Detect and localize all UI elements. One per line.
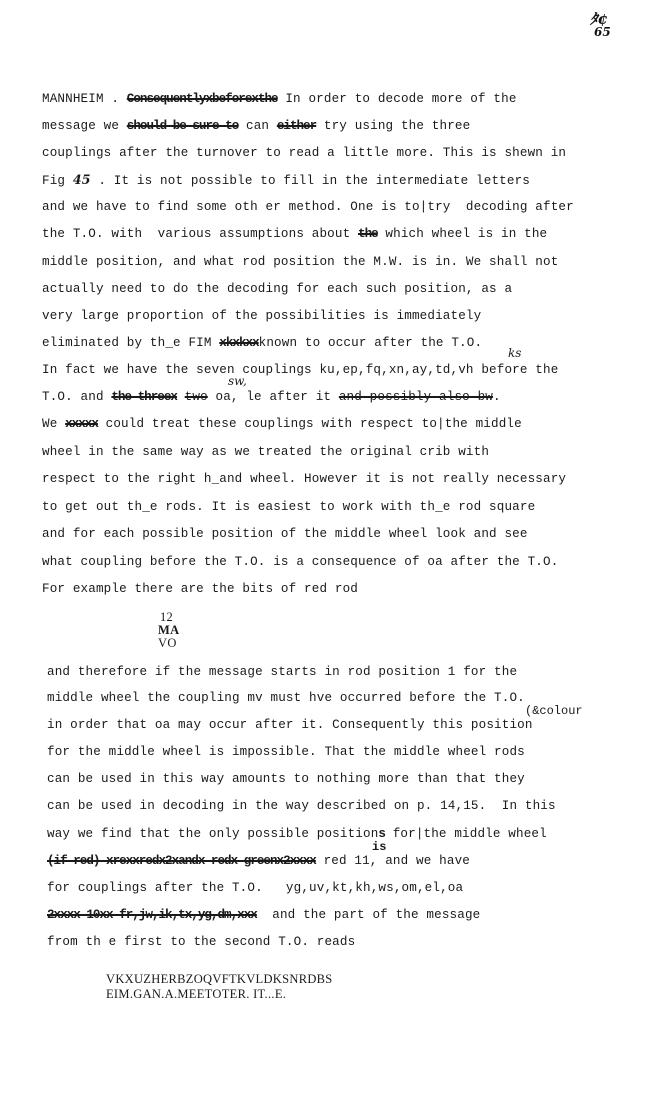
text-line: respect to the right h_and wheel. Howeve…: [42, 471, 566, 487]
rod-bit-row: VO: [158, 637, 177, 650]
text-line: can be used in this way amounts to nothi…: [47, 771, 525, 787]
text-line: In fact we have the seven couplings ku,e…: [42, 362, 558, 378]
text-line: We xxxxx could treat these couplings wit…: [42, 416, 522, 432]
text-line: very large proportion of the possibiliti…: [42, 308, 481, 324]
text-line: to get out th_e rods. It is easiest to w…: [42, 499, 535, 515]
text-line: in order that oa may occur after it. Con…: [47, 717, 533, 733]
handwritten-page-number: 65: [594, 25, 611, 39]
text-line: and therefore if the message starts in r…: [47, 664, 517, 680]
text-line: T.O. and the threex two oa, le after it …: [42, 389, 501, 405]
struck-text: should be sure to: [127, 119, 238, 133]
text-line: and we have to find some oth er method. …: [42, 199, 574, 215]
text-line: message we should be sure to can either …: [42, 118, 470, 134]
struck-text: either: [277, 119, 316, 133]
text-line: For example there are the bits of red ro…: [42, 581, 358, 597]
handwritten-insert: ks: [508, 346, 521, 360]
text-line: Fig 45 . It is not possible to fill in t…: [42, 172, 530, 189]
text-line: middle position, and what rod position t…: [42, 254, 558, 270]
plain-text-line: EIM.GAN.A.MEETOTER. IT...E.: [106, 988, 286, 1001]
text-line: 2xxxx 10xx fr,jw,ik,tx,yg,dm,xxx and the…: [47, 907, 480, 923]
struck-text: (if red) xrexxredx2xandx redx greenx2xxx…: [47, 854, 316, 868]
handwritten-insert: sw,: [228, 374, 247, 388]
text-line: can be used in decoding in the way descr…: [47, 798, 556, 814]
struck-text: the threex: [111, 390, 177, 404]
text-line: actually need to do the decoding for eac…: [42, 281, 512, 297]
handwritten-insert: (&colour: [525, 704, 583, 718]
text-line: what coupling before the T.O. is a conse…: [42, 554, 558, 570]
text-line: couplings after the turnover to read a l…: [42, 145, 566, 161]
struck-text: 2xxxx 10xx fr,jw,ik,tx,yg,dm,xxx: [47, 908, 257, 922]
struck-text: Consequentlyxbeforexthe: [127, 92, 278, 106]
text-line: middle wheel the coupling mv must hve oc…: [47, 690, 525, 706]
text-line: way we find that the only possible posit…: [47, 826, 547, 842]
text-line: and for each possible position of the mi…: [42, 526, 528, 542]
text-line: wheel in the same way as we treated the …: [42, 444, 489, 460]
text-line: for couplings after the T.O. yg,uv,kt,kh…: [47, 880, 463, 896]
document-page: ﾀ¢ 65 MANNHEIM . Consequentlyxbeforexthe…: [0, 0, 650, 1100]
text-line: from th e first to the second T.O. reads: [47, 934, 355, 950]
text-line: the T.O. with various assumptions about …: [42, 226, 547, 242]
struck-text: the: [358, 227, 378, 241]
struck-text: and possibly also bw: [339, 390, 493, 404]
text-line: (if red) xrexxredx2xandx redx greenx2xxx…: [47, 853, 470, 869]
struck-text: two: [185, 390, 208, 404]
text-line: MANNHEIM . Consequentlyxbeforexthe In or…: [42, 91, 517, 107]
text-line: eliminated by th_e FIM xkxkxxknown to oc…: [42, 335, 482, 351]
handwritten-figure-number: 45: [73, 172, 91, 187]
text-line: for the middle wheel is impossible. That…: [47, 744, 525, 760]
typed-insert: is: [372, 840, 386, 854]
struck-text: xxxxx: [65, 417, 98, 431]
struck-text: xkxkxx: [219, 336, 258, 350]
cipher-text-line: VKXUZHERBZOQVFTKVLDKSNRDBS: [106, 973, 333, 986]
